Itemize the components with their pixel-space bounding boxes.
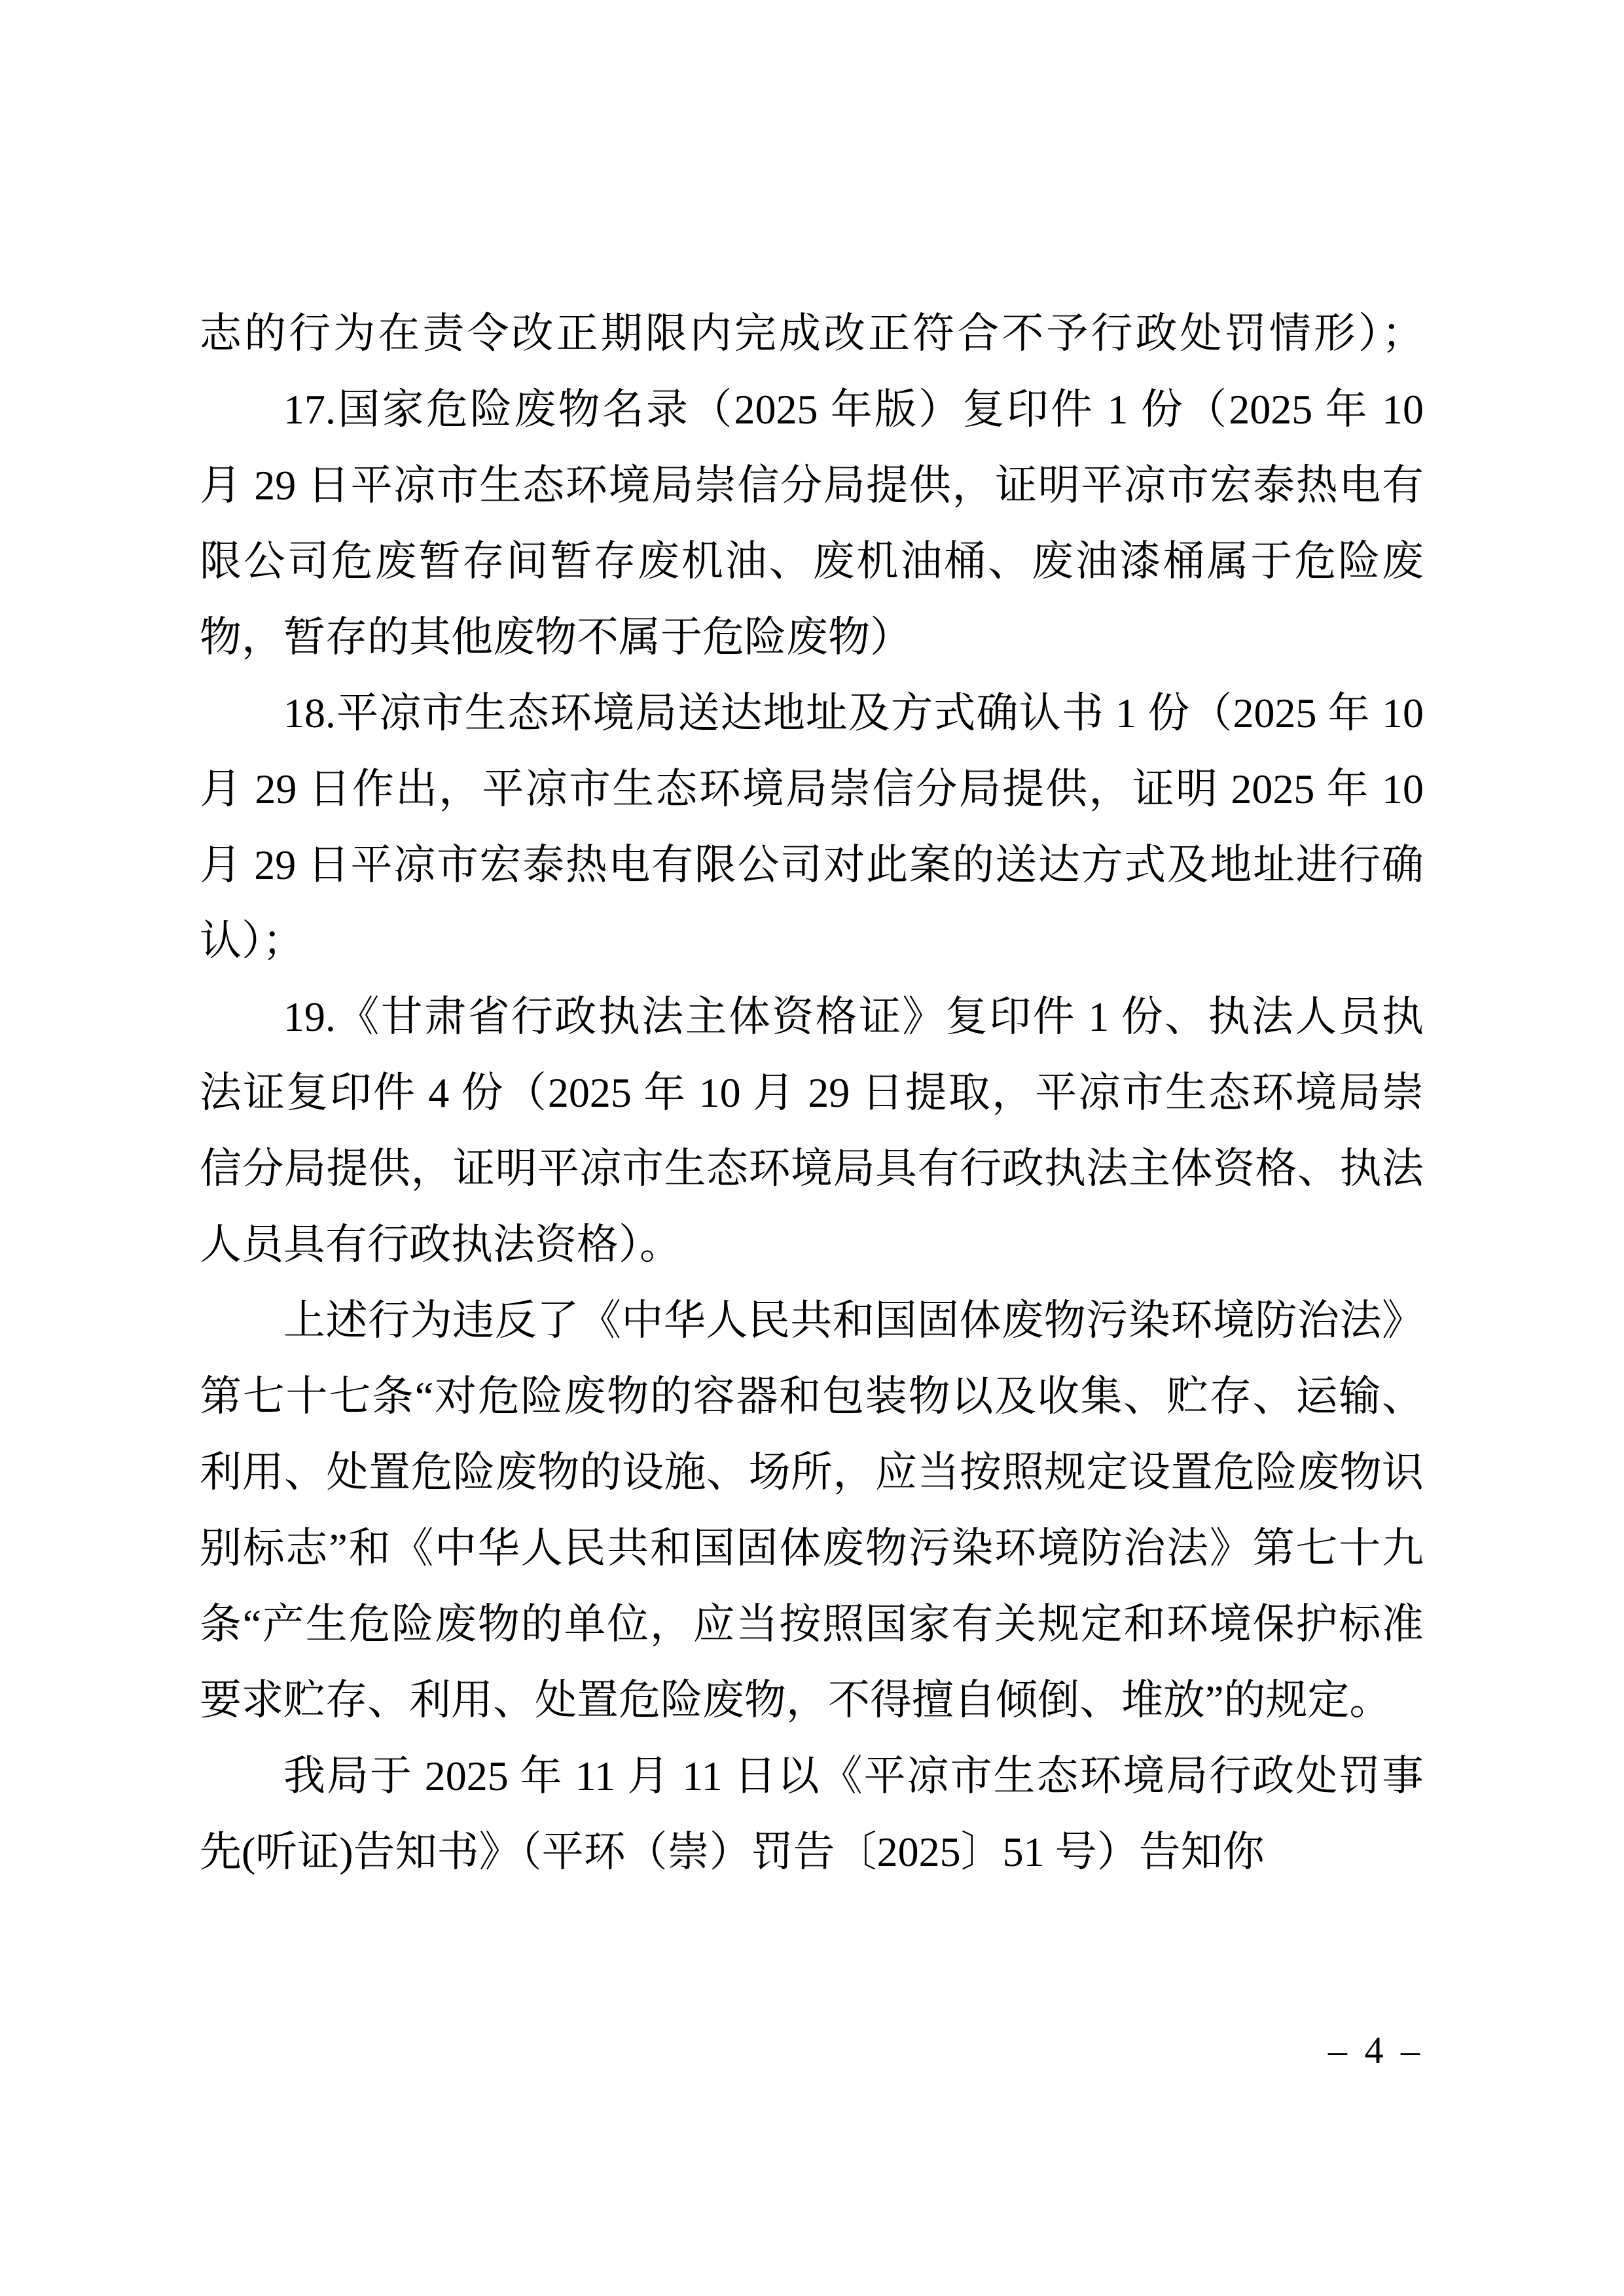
paragraph: 19.《甘肃省行政执法主体资格证》复印件 1 份、执法人员执法证复印件 4 份（… bbox=[200, 979, 1424, 1283]
paragraph: 18.平凉市生态环境局送达地址及方式确认书 1 份（2025 年 10 月 29… bbox=[200, 675, 1424, 979]
document-body: 志的行为在责令改正期限内完成改正符合不予行政处罚情形）；17.国家危险废物名录（… bbox=[200, 296, 1424, 1890]
paragraph: 志的行为在责令改正期限内完成改正符合不予行政处罚情形）； bbox=[200, 296, 1424, 372]
paragraph: 上述行为违反了《中华人民共和国固体废物污染环境防治法》第七十七条“对危险废物的容… bbox=[200, 1283, 1424, 1738]
paragraph: 我局于 2025 年 11 月 11 日以《平凉市生态环境局行政处罚事先(听证)… bbox=[200, 1738, 1424, 1890]
document-page: 志的行为在责令改正期限内完成改正符合不予行政处罚情形）；17.国家危险废物名录（… bbox=[0, 0, 1624, 2296]
page-number: – 4 – bbox=[1328, 2028, 1424, 2073]
paragraph: 17.国家危险废物名录（2025 年版）复印件 1 份（2025 年 10 月 … bbox=[200, 372, 1424, 675]
